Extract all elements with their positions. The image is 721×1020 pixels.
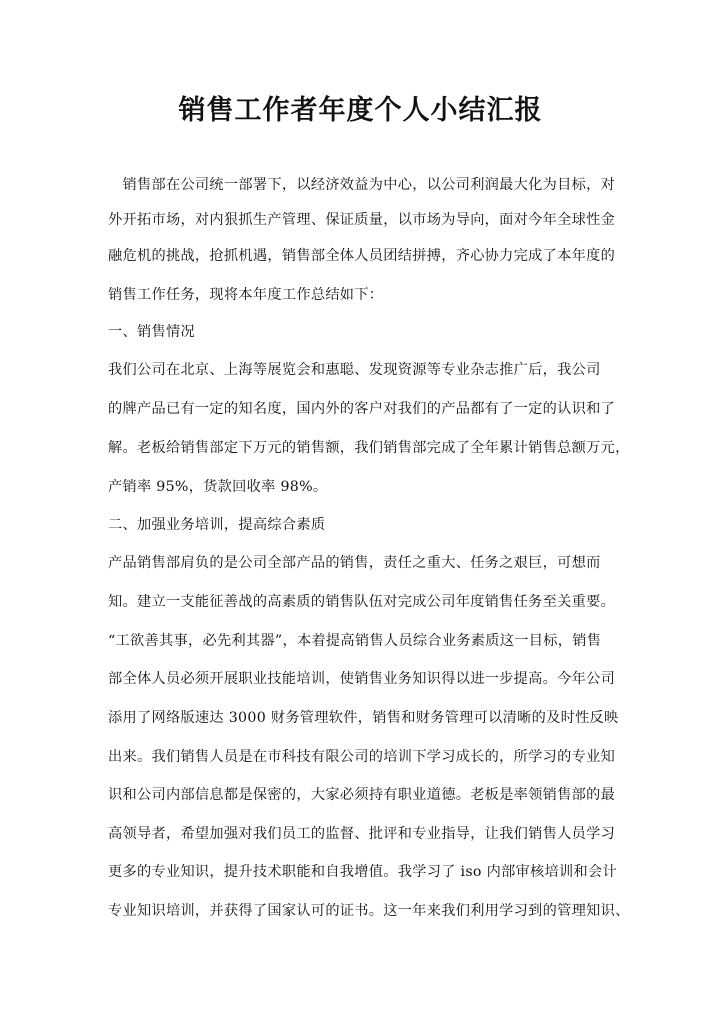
paragraph-line: 出来。我们销售人员是在市科技有限公司的培训下学习成长的，所学习的专业知 bbox=[108, 747, 628, 767]
paragraph-line: 解。老板给销售部定下万元的销售额，我们销售部完成了全年累计销售总额万元， bbox=[108, 438, 628, 458]
paragraph-line: 添用了网络版速达 3000 财务管理软件，销售和财务管理可以清晰的及时性反映 bbox=[108, 708, 628, 728]
paragraph-line: 高领导者，希望加强对我们员工的监督、批评和专业指导，让我们销售人员学习 bbox=[108, 824, 628, 844]
paragraph-line: 销售工作任务，现将本年度工作总结如下： bbox=[108, 285, 628, 305]
paragraph-line: 知。建立一支能征善战的高素质的销售队伍对完成公司年度销售任务至关重要。 bbox=[108, 592, 628, 612]
paragraph-line: 的牌产品已有一定的知名度，国内外的客户对我们的产品都有了一定的认识和了 bbox=[108, 399, 628, 419]
paragraph-line: 产销率 95%，货款回收率 98%。 bbox=[108, 477, 628, 497]
section-heading: 二、加强业务培训，提高综合素质 bbox=[108, 515, 628, 535]
paragraph-line: 销售部在公司统一部署下，以经济效益为中心，以公司利润最大化为目标，对 bbox=[108, 175, 628, 195]
paragraph-line: 外开拓市场，对内狠抓生产管理、保证质量，以市场为导向，面对今年全球性金 bbox=[108, 210, 628, 230]
section-heading: 一、销售情况 bbox=[108, 322, 628, 342]
paragraph-line: 专业知识培训，并获得了国家认可的证书。这一年来我们利用学习到的管理知识、 bbox=[108, 901, 628, 921]
paragraph-line: 更多的专业知识，提升技术职能和自我增值。我学习了 iso 内部审核培训和会计 bbox=[108, 862, 628, 882]
paragraph-line: “工欲善其事，必先利其器”，本着提高销售人员综合业务素质这一目标，销售 bbox=[108, 631, 628, 651]
document-title: 销售工作者年度个人小结汇报 bbox=[0, 88, 721, 127]
paragraph-line: 部全体人员必须开展职业技能培训，使销售业务知识得以进一步提高。今年公司 bbox=[108, 669, 628, 689]
paragraph-line: 产品销售部肩负的是公司全部产品的销售，责任之重大、任务之艰巨，可想而 bbox=[108, 553, 628, 573]
paragraph-line: 融危机的挑战，抢抓机遇，销售部全体人员团结拼搏，齐心协力完成了本年度的 bbox=[108, 246, 628, 266]
paragraph-line: 我们公司在北京、上海等展览会和惠聪、发现资源等专业杂志推广后，我公司 bbox=[108, 360, 628, 380]
paragraph-line: 识和公司内部信息都是保密的，大家必须持有职业道德。老板是率领销售部的最 bbox=[108, 785, 628, 805]
